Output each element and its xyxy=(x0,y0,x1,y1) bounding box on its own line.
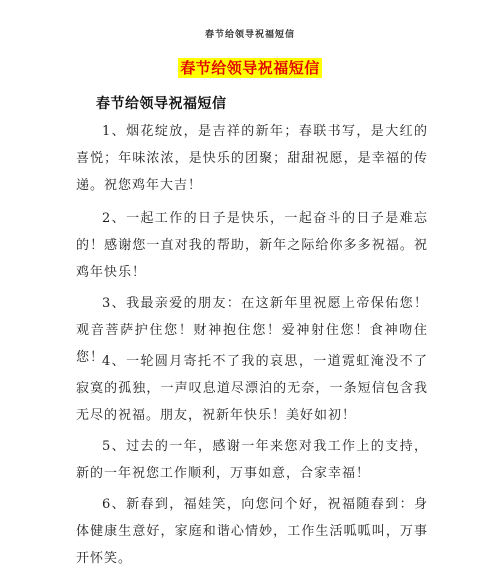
paragraph-2: 2、一起工作的日子是快乐，一起奋斗的日子是难忘的！感谢您一直对我的帮助，新年之际… xyxy=(76,205,428,286)
paragraph-6: 6、新春到，福娃笑，向您问个好，祝福随春到：身体健康生意好，家庭和谐心情妙，工作… xyxy=(76,491,428,572)
paragraph-4: 4、一轮圆月寄托不了我的哀思，一道霓虹淹没不了寂寞的孤独，一声叹息道尽漂泊的无奈… xyxy=(76,348,428,429)
main-title-container: 春节给领导祝福短信 xyxy=(0,58,500,78)
paragraph-5: 5、过去的一年，感谢一年来您对我工作上的支持，新的一年祝您工作顺利，万事如意，合… xyxy=(76,433,428,487)
main-title: 春节给领导祝福短信 xyxy=(178,58,322,78)
section-heading: 春节给领导祝福短信 xyxy=(96,93,227,113)
paragraph-1: 1、烟花绽放，是吉祥的新年；春联书写，是大红的喜悦；年味浓浓，是快乐的团聚；甜甜… xyxy=(76,118,428,199)
running-header: 春节给领导祝福短信 xyxy=(0,27,500,40)
